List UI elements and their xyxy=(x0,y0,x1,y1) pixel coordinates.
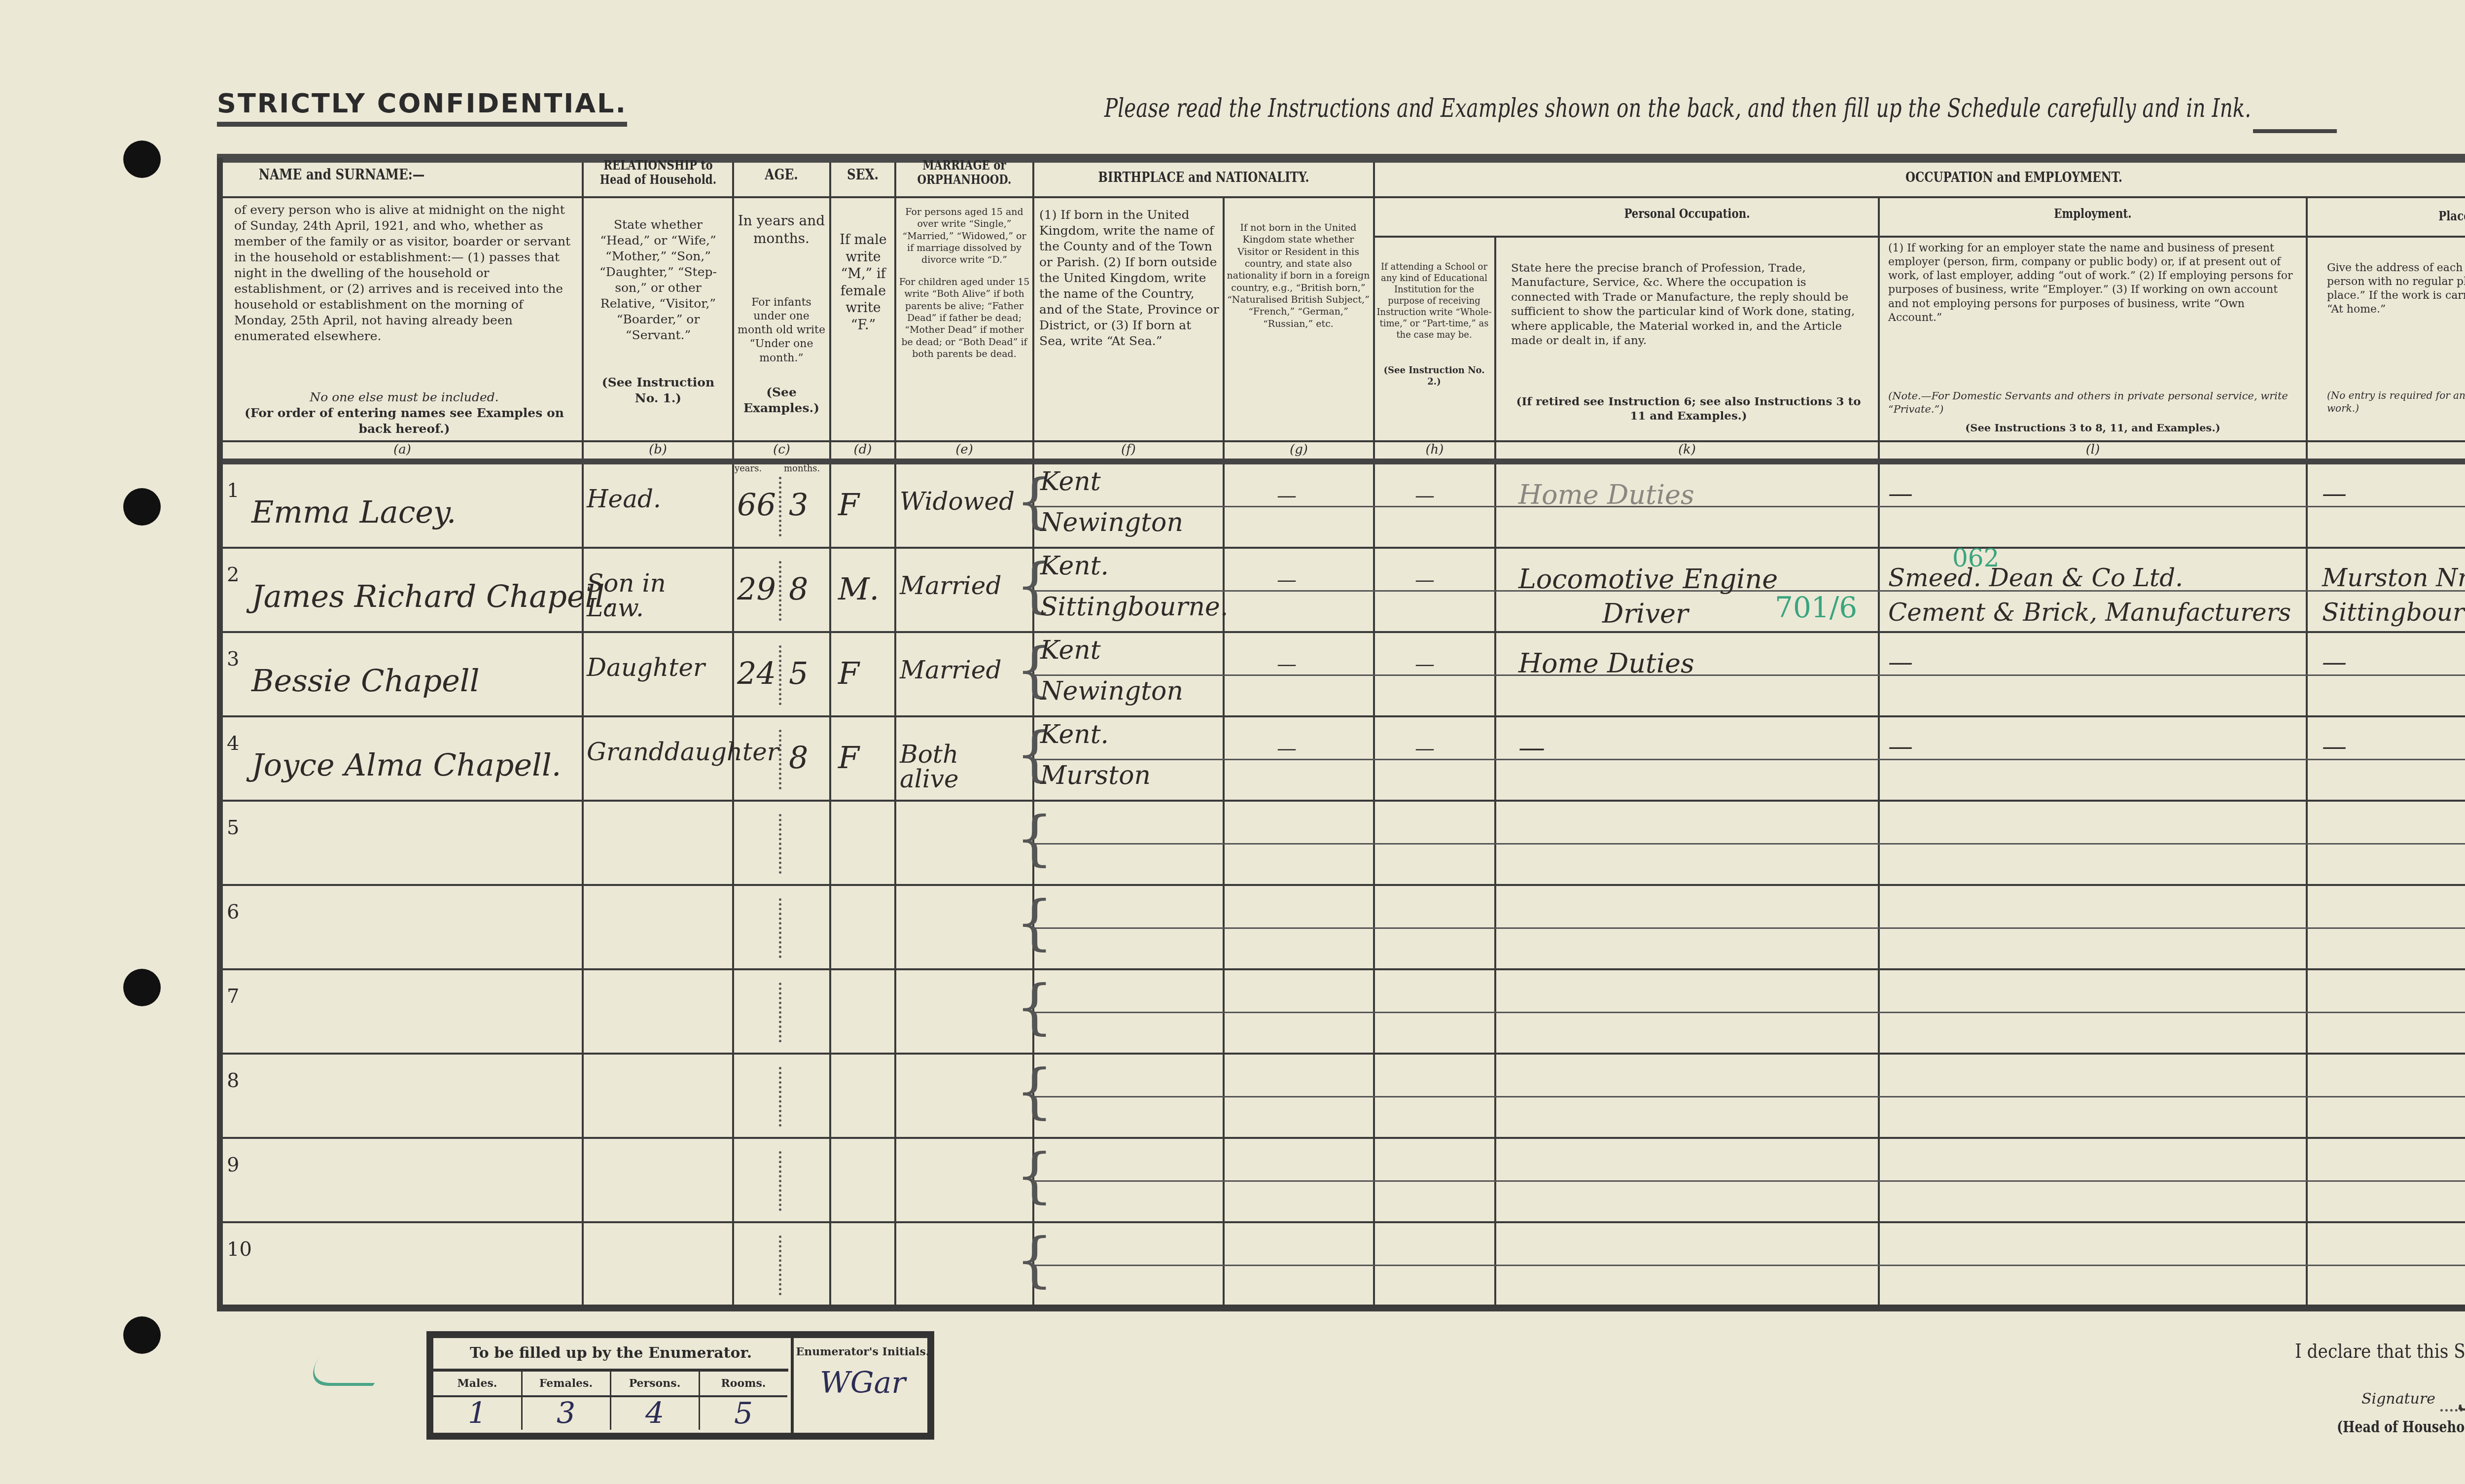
col-fg-title: BIRTHPLACE and NATIONALITY. xyxy=(1065,170,1342,185)
col-letter-c: (c) xyxy=(734,442,829,457)
brace-icon: { xyxy=(1016,1062,1053,1121)
col-c-title: AGE. xyxy=(742,167,820,183)
employment-cell[interactable]: — xyxy=(1888,479,1913,508)
col-letter-m: (m) xyxy=(2308,442,2465,457)
col-l-note2: (See Instructions 3 to 8, 11, and Exampl… xyxy=(1888,422,2297,435)
age-divider xyxy=(779,730,781,789)
col-divider-l-m xyxy=(2306,197,2308,1307)
brace-icon: { xyxy=(1016,1146,1053,1205)
age-years-cell[interactable]: 29 xyxy=(737,571,776,607)
col-a-body: of every person who is alive at midnight… xyxy=(234,202,574,344)
row-number: 1 xyxy=(227,479,239,502)
row-mid-rule xyxy=(1032,674,2465,676)
sex-cell[interactable]: M. xyxy=(838,571,879,607)
col-letter-h: (h) xyxy=(1375,442,1494,457)
place-of-work-cell[interactable]: — xyxy=(2322,648,2347,676)
name-cell[interactable]: Joyce Alma Chapell. xyxy=(251,747,561,783)
row-mid-rule xyxy=(1032,1180,2465,1182)
tally-persons-value[interactable]: 4 xyxy=(611,1397,699,1430)
col-l-note: (Note.—For Domestic Servants and others … xyxy=(1888,389,2297,416)
age-divider xyxy=(779,814,781,874)
name-cell[interactable]: James Richard Chapell. xyxy=(251,578,614,614)
col-c-note: (See Examples.) xyxy=(737,385,826,416)
row-number: 3 xyxy=(227,648,239,671)
employment-code: 062 xyxy=(1952,544,1999,572)
col-a-note: No one else must be included. xyxy=(234,389,574,405)
col-divider-k-l xyxy=(1878,197,1880,1307)
header-rule xyxy=(223,196,1032,198)
header-rule xyxy=(1373,196,2465,198)
col-divider-f-g xyxy=(1223,197,1225,1307)
row-mid-rule xyxy=(1032,506,2465,507)
marriage-cell[interactable]: Married xyxy=(900,658,1023,682)
row-divider xyxy=(223,1053,2465,1055)
brace-icon: { xyxy=(1016,978,1053,1037)
col-divider-d-e xyxy=(894,163,896,1307)
col-e-body2: For children aged under 15 write “Both A… xyxy=(898,276,1030,360)
signature-label: Signature xyxy=(2361,1390,2435,1408)
age-months-cell[interactable]: 8 xyxy=(789,740,808,776)
body-top-rule xyxy=(223,459,2465,464)
employment-cell[interactable]: — xyxy=(1888,648,1913,676)
nationality-cell[interactable]: — xyxy=(1277,737,1297,760)
employment-cell[interactable]: — xyxy=(1888,732,1913,761)
row-divider xyxy=(223,968,2465,970)
col-k-note: (If retired see Instruction 6; see also … xyxy=(1511,394,1866,424)
col-h-body: If attending a School or any kind of Edu… xyxy=(1375,261,1493,341)
enumerator-tally-box: To be filled up by the Enumerator. Males… xyxy=(426,1331,934,1440)
education-cell[interactable]: — xyxy=(1415,484,1435,507)
col-h-note: (See Instruction No. 2.) xyxy=(1375,365,1493,388)
birth-town-cell[interactable]: Murston xyxy=(1040,761,1151,790)
place-of-work-cell[interactable]: Murston Nr. 3081.10 xyxy=(2322,564,2465,592)
occupation-line2-cell[interactable]: Driver xyxy=(1602,598,1689,629)
col-b-note: (See Instruction No. 1.) xyxy=(589,375,727,406)
col-c-body: In years and months. xyxy=(737,212,826,247)
col-g-body: If not born in the United Kingdom state … xyxy=(1226,222,1371,330)
age-years-cell[interactable]: 66 xyxy=(737,487,776,523)
marriage-cell[interactable]: Both alive xyxy=(900,742,1023,791)
col-letter-d: (d) xyxy=(831,442,894,457)
col-letter-k: (k) xyxy=(1496,442,1878,457)
age-months-cell[interactable]: 3 xyxy=(789,487,808,523)
confidential-label: STRICTLY CONFIDENTIAL. xyxy=(217,88,627,127)
top-instruction: Please read the Instructions and Example… xyxy=(1104,94,2251,123)
row-number: 7 xyxy=(227,985,239,1008)
row-mid-rule xyxy=(1032,843,2465,845)
initials-label: Enumerator's Initials. xyxy=(794,1338,932,1366)
table-row xyxy=(0,802,0,886)
col-c-body2: For infants under one month old write “U… xyxy=(737,296,826,365)
place-of-work-cell[interactable]: — xyxy=(2322,479,2347,508)
table-row xyxy=(0,464,0,549)
tally-males-value[interactable]: 1 xyxy=(433,1397,521,1430)
employment-cell[interactable]: Smeed. Dean & Co Ltd. xyxy=(1888,564,2183,592)
row-number: 5 xyxy=(227,816,239,839)
row-divider xyxy=(223,800,2465,802)
birth-county-cell[interactable]: Kent. xyxy=(1040,551,1109,581)
occupation-cell[interactable]: Home Duties xyxy=(1518,479,1694,510)
row-mid-rule xyxy=(1032,1096,2465,1097)
col-letter-e: (e) xyxy=(896,442,1032,457)
row-mid-rule xyxy=(1032,759,2465,760)
age-divider xyxy=(779,477,781,536)
col-d-title: SEX. xyxy=(837,167,889,183)
col-k-title: Personal Occupation. xyxy=(1531,207,1844,221)
row-number: 9 xyxy=(227,1154,239,1176)
col-m-body: Give the address of each person's place … xyxy=(2327,261,2465,317)
name-cell[interactable]: Emma Lacey. xyxy=(251,494,457,530)
col-divider-g-h xyxy=(1373,163,1375,1307)
row-number: 10 xyxy=(227,1238,252,1261)
col-letter-b: (b) xyxy=(584,442,732,457)
table-row xyxy=(0,633,0,717)
name-cell[interactable]: Bessie Chapell xyxy=(251,663,480,699)
table-row xyxy=(0,1223,0,1307)
initials-value[interactable]: WGar xyxy=(794,1366,932,1400)
education-cell[interactable]: — xyxy=(1415,737,1435,760)
row-divider xyxy=(223,547,2465,549)
relationship-cell[interactable]: Son in Law. xyxy=(587,571,730,620)
table-row xyxy=(0,549,0,633)
occupation-code: 701/6 xyxy=(1775,591,1857,624)
occupation-cell[interactable]: — xyxy=(1518,732,1545,763)
birth-county-cell[interactable]: Kent. xyxy=(1040,720,1109,749)
table-row xyxy=(0,717,0,802)
tally-persons: Persons. 4 xyxy=(611,1372,700,1430)
tally-rooms-value[interactable]: 5 xyxy=(700,1397,787,1430)
col-e-title: MARRIAGE or ORPHANHOOD. xyxy=(909,159,1020,187)
birth-county-cell[interactable]: Kent xyxy=(1040,636,1101,665)
row-divider xyxy=(223,1306,2465,1307)
col-a-note2: (For order of entering names see Example… xyxy=(234,405,574,437)
row-number: 2 xyxy=(227,564,239,586)
col-divider-c-d xyxy=(829,163,831,1307)
marriage-cell[interactable]: Married xyxy=(900,573,1023,598)
row-divider xyxy=(223,1137,2465,1139)
tally-females: Females. 3 xyxy=(522,1372,611,1430)
col-e-body: For persons aged 15 and over write “Sing… xyxy=(898,206,1030,266)
age-divider xyxy=(779,645,781,705)
punch-hole xyxy=(123,488,161,526)
sex-cell[interactable]: F xyxy=(838,740,859,776)
age-years-cell[interactable]: 24 xyxy=(737,655,776,691)
row-mid-rule xyxy=(1032,927,2465,929)
col-m-title: Place of Work. xyxy=(2339,210,2465,224)
col-letter-a: (a) xyxy=(223,442,582,457)
occupation-cell[interactable]: Locomotive Engine xyxy=(1518,564,1778,595)
birth-county-cell[interactable]: Kent xyxy=(1040,467,1101,496)
header-rule xyxy=(1373,236,1878,238)
declaration-text: I declare that this Schedule is correctl… xyxy=(2295,1340,2465,1363)
tally-title: To be filled up by the Enumerator. xyxy=(433,1338,788,1372)
tally-rooms-label: Rooms. xyxy=(700,1372,787,1397)
row-number: 6 xyxy=(227,901,239,923)
birth-town-cell[interactable]: Newington xyxy=(1040,676,1183,706)
table-row xyxy=(0,970,0,1055)
age-divider xyxy=(779,1236,781,1295)
row-number: 4 xyxy=(227,732,239,755)
marriage-cell[interactable]: Widowed xyxy=(900,489,1023,514)
row-divider xyxy=(223,884,2465,886)
header-rule xyxy=(1032,196,1373,198)
col-f-body: (1) If born in the United Kingdom, write… xyxy=(1039,207,1219,349)
col-b-body: State whether “Head,” or “Wife,” “Mother… xyxy=(589,217,727,343)
col-l-body: (1) If working for an employer state the… xyxy=(1888,242,2297,325)
place-of-work-line2-cell[interactable]: Sittingbourne. xyxy=(2322,598,2465,627)
signature-line xyxy=(2440,1409,2465,1412)
brace-icon: { xyxy=(1016,809,1053,868)
col-k-body: State here the precise branch of Profess… xyxy=(1511,261,1866,349)
col-m-note: (No entry is required for any person who… xyxy=(2327,389,2465,415)
age-months-cell[interactable]: 5 xyxy=(789,655,808,691)
signature-note: (Head of Household, Manager of Establish… xyxy=(2337,1417,2465,1436)
relationship-cell[interactable]: Daughter xyxy=(587,655,730,680)
punch-hole xyxy=(123,969,161,1006)
tally-females-label: Females. xyxy=(522,1372,610,1397)
row-divider xyxy=(223,1221,2465,1223)
place-of-work-cell[interactable]: — xyxy=(2322,732,2347,761)
row-mid-rule xyxy=(1032,1012,2465,1013)
nationality-cell[interactable]: — xyxy=(1277,484,1297,507)
age-years-label: years. xyxy=(735,463,762,474)
sex-cell[interactable]: F xyxy=(838,487,859,523)
occupation-cell[interactable]: Home Duties xyxy=(1518,648,1694,679)
relationship-cell[interactable]: Granddaughter xyxy=(587,740,730,764)
col-l-title: Employment. xyxy=(1918,207,2267,221)
employment-line2-cell[interactable]: Cement & Brick, Manufacturers xyxy=(1888,598,2291,627)
col-b-title: RELATIONSHIP to Head of Household. xyxy=(598,159,719,187)
sex-cell[interactable]: F xyxy=(838,655,859,691)
col-occupation-group-title: OCCUPATION and EMPLOYMENT. xyxy=(1490,170,2465,185)
ink-underline xyxy=(2253,129,2337,133)
brace-icon: { xyxy=(1016,1231,1053,1290)
birth-town-cell[interactable]: Newington xyxy=(1040,508,1183,537)
col-divider-h-k xyxy=(1494,237,1496,1307)
birth-town-cell[interactable]: Sittingbourne. xyxy=(1040,592,1228,622)
nationality-cell[interactable]: — xyxy=(1277,568,1297,591)
table-row xyxy=(0,1055,0,1139)
header-rule xyxy=(1878,236,2465,238)
age-divider xyxy=(779,1151,781,1211)
age-divider xyxy=(779,983,781,1042)
tally-persons-label: Persons. xyxy=(611,1372,699,1397)
row-divider xyxy=(223,715,2465,717)
row-divider xyxy=(223,631,2465,633)
col-d-body: If male write “M,” if female write “F.” xyxy=(834,232,892,334)
col-letter-g: (g) xyxy=(1225,442,1373,457)
table-row xyxy=(0,1139,0,1223)
education-cell[interactable]: — xyxy=(1415,568,1435,591)
tally-rooms: Rooms. 5 xyxy=(700,1372,787,1430)
relationship-cell[interactable]: Head. xyxy=(587,487,730,511)
col-letter-l: (l) xyxy=(1880,442,2306,457)
punch-hole xyxy=(123,141,161,178)
education-cell[interactable]: — xyxy=(1415,653,1435,675)
age-divider xyxy=(779,898,781,958)
age-months-label: months. xyxy=(784,463,820,474)
row-mid-rule xyxy=(1032,1265,2465,1266)
col-divider-a-b xyxy=(582,163,584,1307)
row-number: 8 xyxy=(227,1069,239,1092)
tally-males-label: Males. xyxy=(433,1372,521,1397)
nationality-cell[interactable]: — xyxy=(1277,653,1297,675)
punch-hole xyxy=(123,1316,161,1354)
col-a-title: NAME and SURNAME:— xyxy=(259,167,550,183)
col-divider-b-c xyxy=(732,163,734,1307)
enumerator-initials: Enumerator's Initials. WGar xyxy=(791,1338,932,1433)
table-row xyxy=(0,886,0,970)
tally-males: Males. 1 xyxy=(433,1372,523,1430)
age-months-cell[interactable]: 8 xyxy=(789,571,808,607)
age-divider xyxy=(779,561,781,621)
brace-icon: { xyxy=(1016,893,1053,953)
age-divider xyxy=(779,1067,781,1127)
tally-females-value[interactable]: 3 xyxy=(522,1397,610,1430)
col-letter-f: (f) xyxy=(1034,442,1223,457)
